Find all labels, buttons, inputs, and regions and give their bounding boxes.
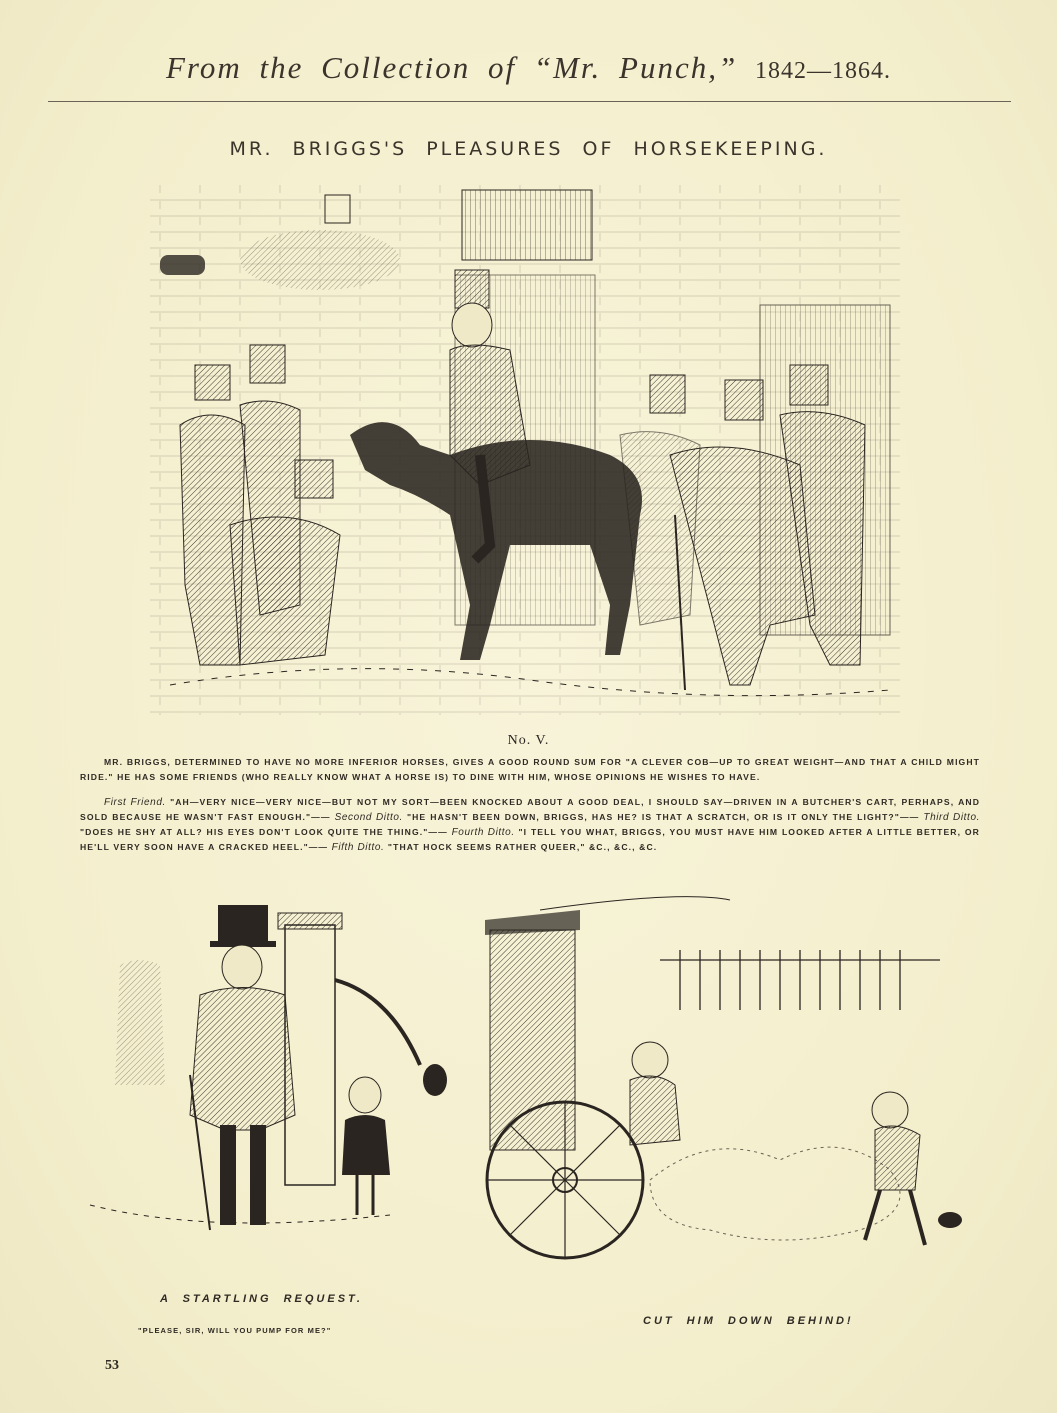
plate-caption-intro: MR. BRIGGS, DETERMINED TO HAVE NO MORE I… <box>80 755 980 785</box>
page-number: 53 <box>105 1358 119 1374</box>
plate-dialogue: First Friend. "AH—VERY NICE—VERY NICE—BU… <box>80 795 980 855</box>
left-engraving-pump-request <box>60 885 470 1270</box>
running-head-title: From the Collection of “Mr. Punch,” <box>166 50 737 85</box>
running-head-years: 1842—1864. <box>755 58 891 84</box>
running-head: From the Collection of “Mr. Punch,” 1842… <box>0 50 1057 86</box>
dialogue-speaker: Fifth Ditto. <box>332 842 385 853</box>
dialogue-line: "THAT HOCK SEEMS RATHER QUEER," &C., &C.… <box>388 842 657 852</box>
plate-number: No. V. <box>0 733 1057 749</box>
dialogue-speaker: Third Ditto. <box>923 812 980 823</box>
caption-intro-text: MR. BRIGGS, DETERMINED TO HAVE NO MORE I… <box>80 755 980 785</box>
left-cartoon-title: A STARTLING REQUEST. <box>160 1293 363 1305</box>
plate-title: MR. BRIGGS'S PLEASURES OF HORSEKEEPING. <box>0 138 1057 160</box>
right-engraving-cab-urchin <box>480 880 1000 1290</box>
main-engraving-horse-inspection <box>150 185 900 715</box>
dialogue-line: "HE HASN'T BEEN DOWN, BRIGGS, HAS HE? IS… <box>407 812 919 822</box>
dialogue-speaker: Second Ditto. <box>335 812 403 823</box>
header-rule <box>48 101 1011 102</box>
dialogue-speaker: First Friend. <box>104 797 166 808</box>
right-cartoon-title: CUT HIM DOWN BEHIND! <box>643 1315 854 1327</box>
dialogue-line: "DOES HE SHY AT ALL? HIS EYES DON'T LOOK… <box>80 827 448 837</box>
left-cartoon-quote: "PLEASE, SIR, WILL YOU PUMP FOR ME?" <box>138 1326 331 1335</box>
dialogue-speaker: Fourth Ditto. <box>452 827 515 838</box>
